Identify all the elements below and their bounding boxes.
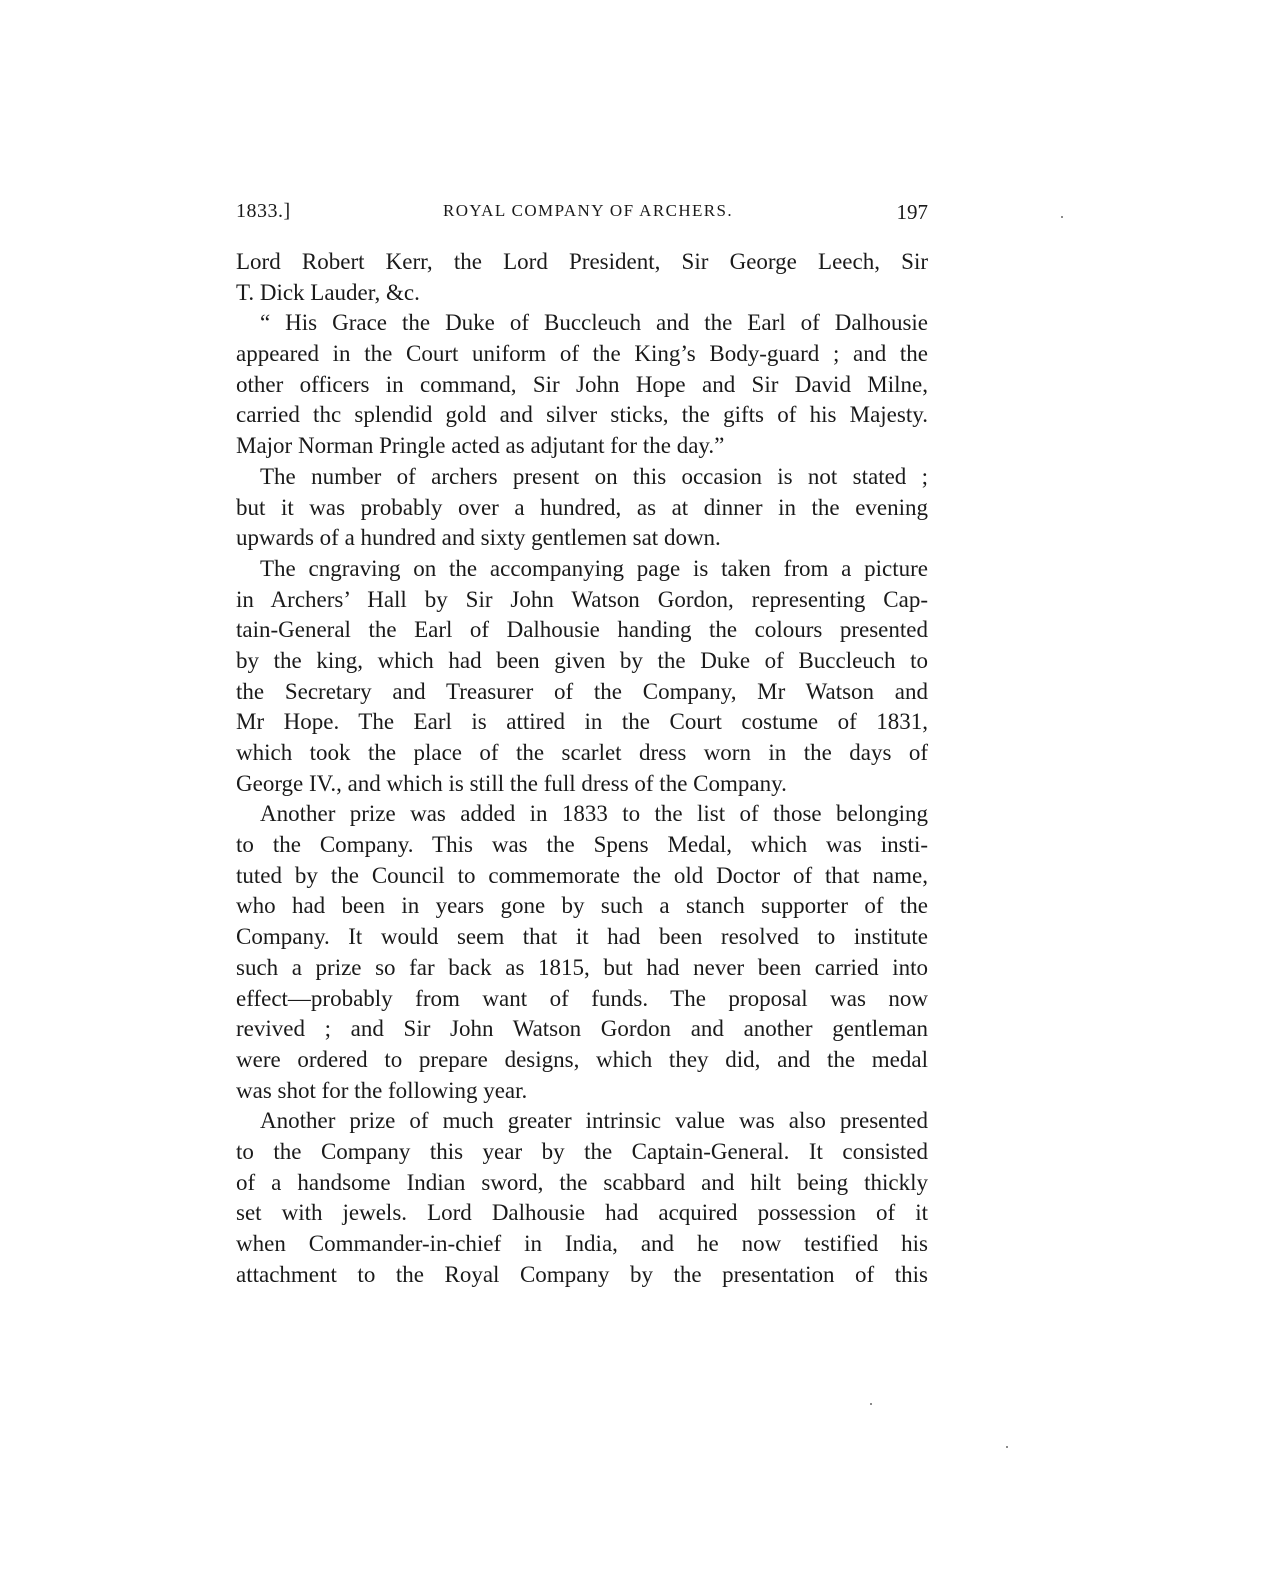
text-line: tain-General the Earl of Dalhousie handi… <box>236 615 928 646</box>
paragraph-start: The number of archers present on this oc… <box>236 462 928 493</box>
text-line: set with jewels. Lord Dalhousie had acqu… <box>236 1198 928 1229</box>
text-line: George IV., and which is still the full … <box>236 769 928 800</box>
text-line: upwards of a hundred and sixty gentlemen… <box>236 523 928 554</box>
text-line: were ordered to prepare designs, which t… <box>236 1045 928 1076</box>
paragraph-start: “ His Grace the Duke of Buccleuch and th… <box>236 308 928 339</box>
body-text: Lord Robert Kerr, the Lord President, Si… <box>236 247 928 1290</box>
text-line: when Commander-in-chief in India, and he… <box>236 1229 928 1260</box>
scan-speck <box>870 1403 872 1405</box>
paragraph-start: The cngraving on the accompanying page i… <box>236 554 928 585</box>
text-line: appeared in the Court uniform of the Kin… <box>236 339 928 370</box>
paragraph-start: Another prize of much greater intrinsic … <box>236 1106 928 1137</box>
text-line: effect—probably from want of funds. The … <box>236 984 928 1015</box>
text-line: T. Dick Lauder, &c. <box>236 278 928 309</box>
text-line: Major Norman Pringle acted as adjutant f… <box>236 431 928 462</box>
paragraph-start: Another prize was added in 1833 to the l… <box>236 799 928 830</box>
text-line: tuted by the Council to commemorate the … <box>236 861 928 892</box>
text-line: who had been in years gone by such a sta… <box>236 891 928 922</box>
scan-speck <box>1006 1446 1008 1448</box>
text-line: revived ; and Sir John Watson Gordon and… <box>236 1014 928 1045</box>
book-page: 1833.] ROYAL COMPANY OF ARCHERS. 197 Lor… <box>0 0 1271 1596</box>
text-line: was shot for the following year. <box>236 1076 928 1107</box>
text-line: carried thc splendid gold and silver sti… <box>236 400 928 431</box>
text-line: other officers in command, Sir John Hope… <box>236 370 928 401</box>
text-line: the Secretary and Treasurer of the Compa… <box>236 677 928 708</box>
text-line: to the Company this year by the Captain-… <box>236 1137 928 1168</box>
text-line: in Archers’ Hall by Sir John Watson Gord… <box>236 585 928 616</box>
scan-speck <box>1061 216 1063 218</box>
text-line: Company. It would seem that it had been … <box>236 922 928 953</box>
text-line: Lord Robert Kerr, the Lord President, Si… <box>236 247 928 278</box>
running-head-title: ROYAL COMPANY OF ARCHERS. <box>236 201 928 221</box>
text-line: by the king, which had been given by the… <box>236 646 928 677</box>
text-line: attachment to the Royal Company by the p… <box>236 1260 928 1291</box>
text-line: Mr Hope. The Earl is attired in the Cour… <box>236 707 928 738</box>
text-line: which took the place of the scarlet dres… <box>236 738 928 769</box>
running-head: 1833.] ROYAL COMPANY OF ARCHERS. 197 <box>236 200 928 230</box>
page-number: 197 <box>897 200 929 225</box>
text-line: of a handsome Indian sword, the scabbard… <box>236 1168 928 1199</box>
text-line: but it was probably over a hundred, as a… <box>236 493 928 524</box>
text-line: to the Company. This was the Spens Medal… <box>236 830 928 861</box>
text-line: such a prize so far back as 1815, but ha… <box>236 953 928 984</box>
